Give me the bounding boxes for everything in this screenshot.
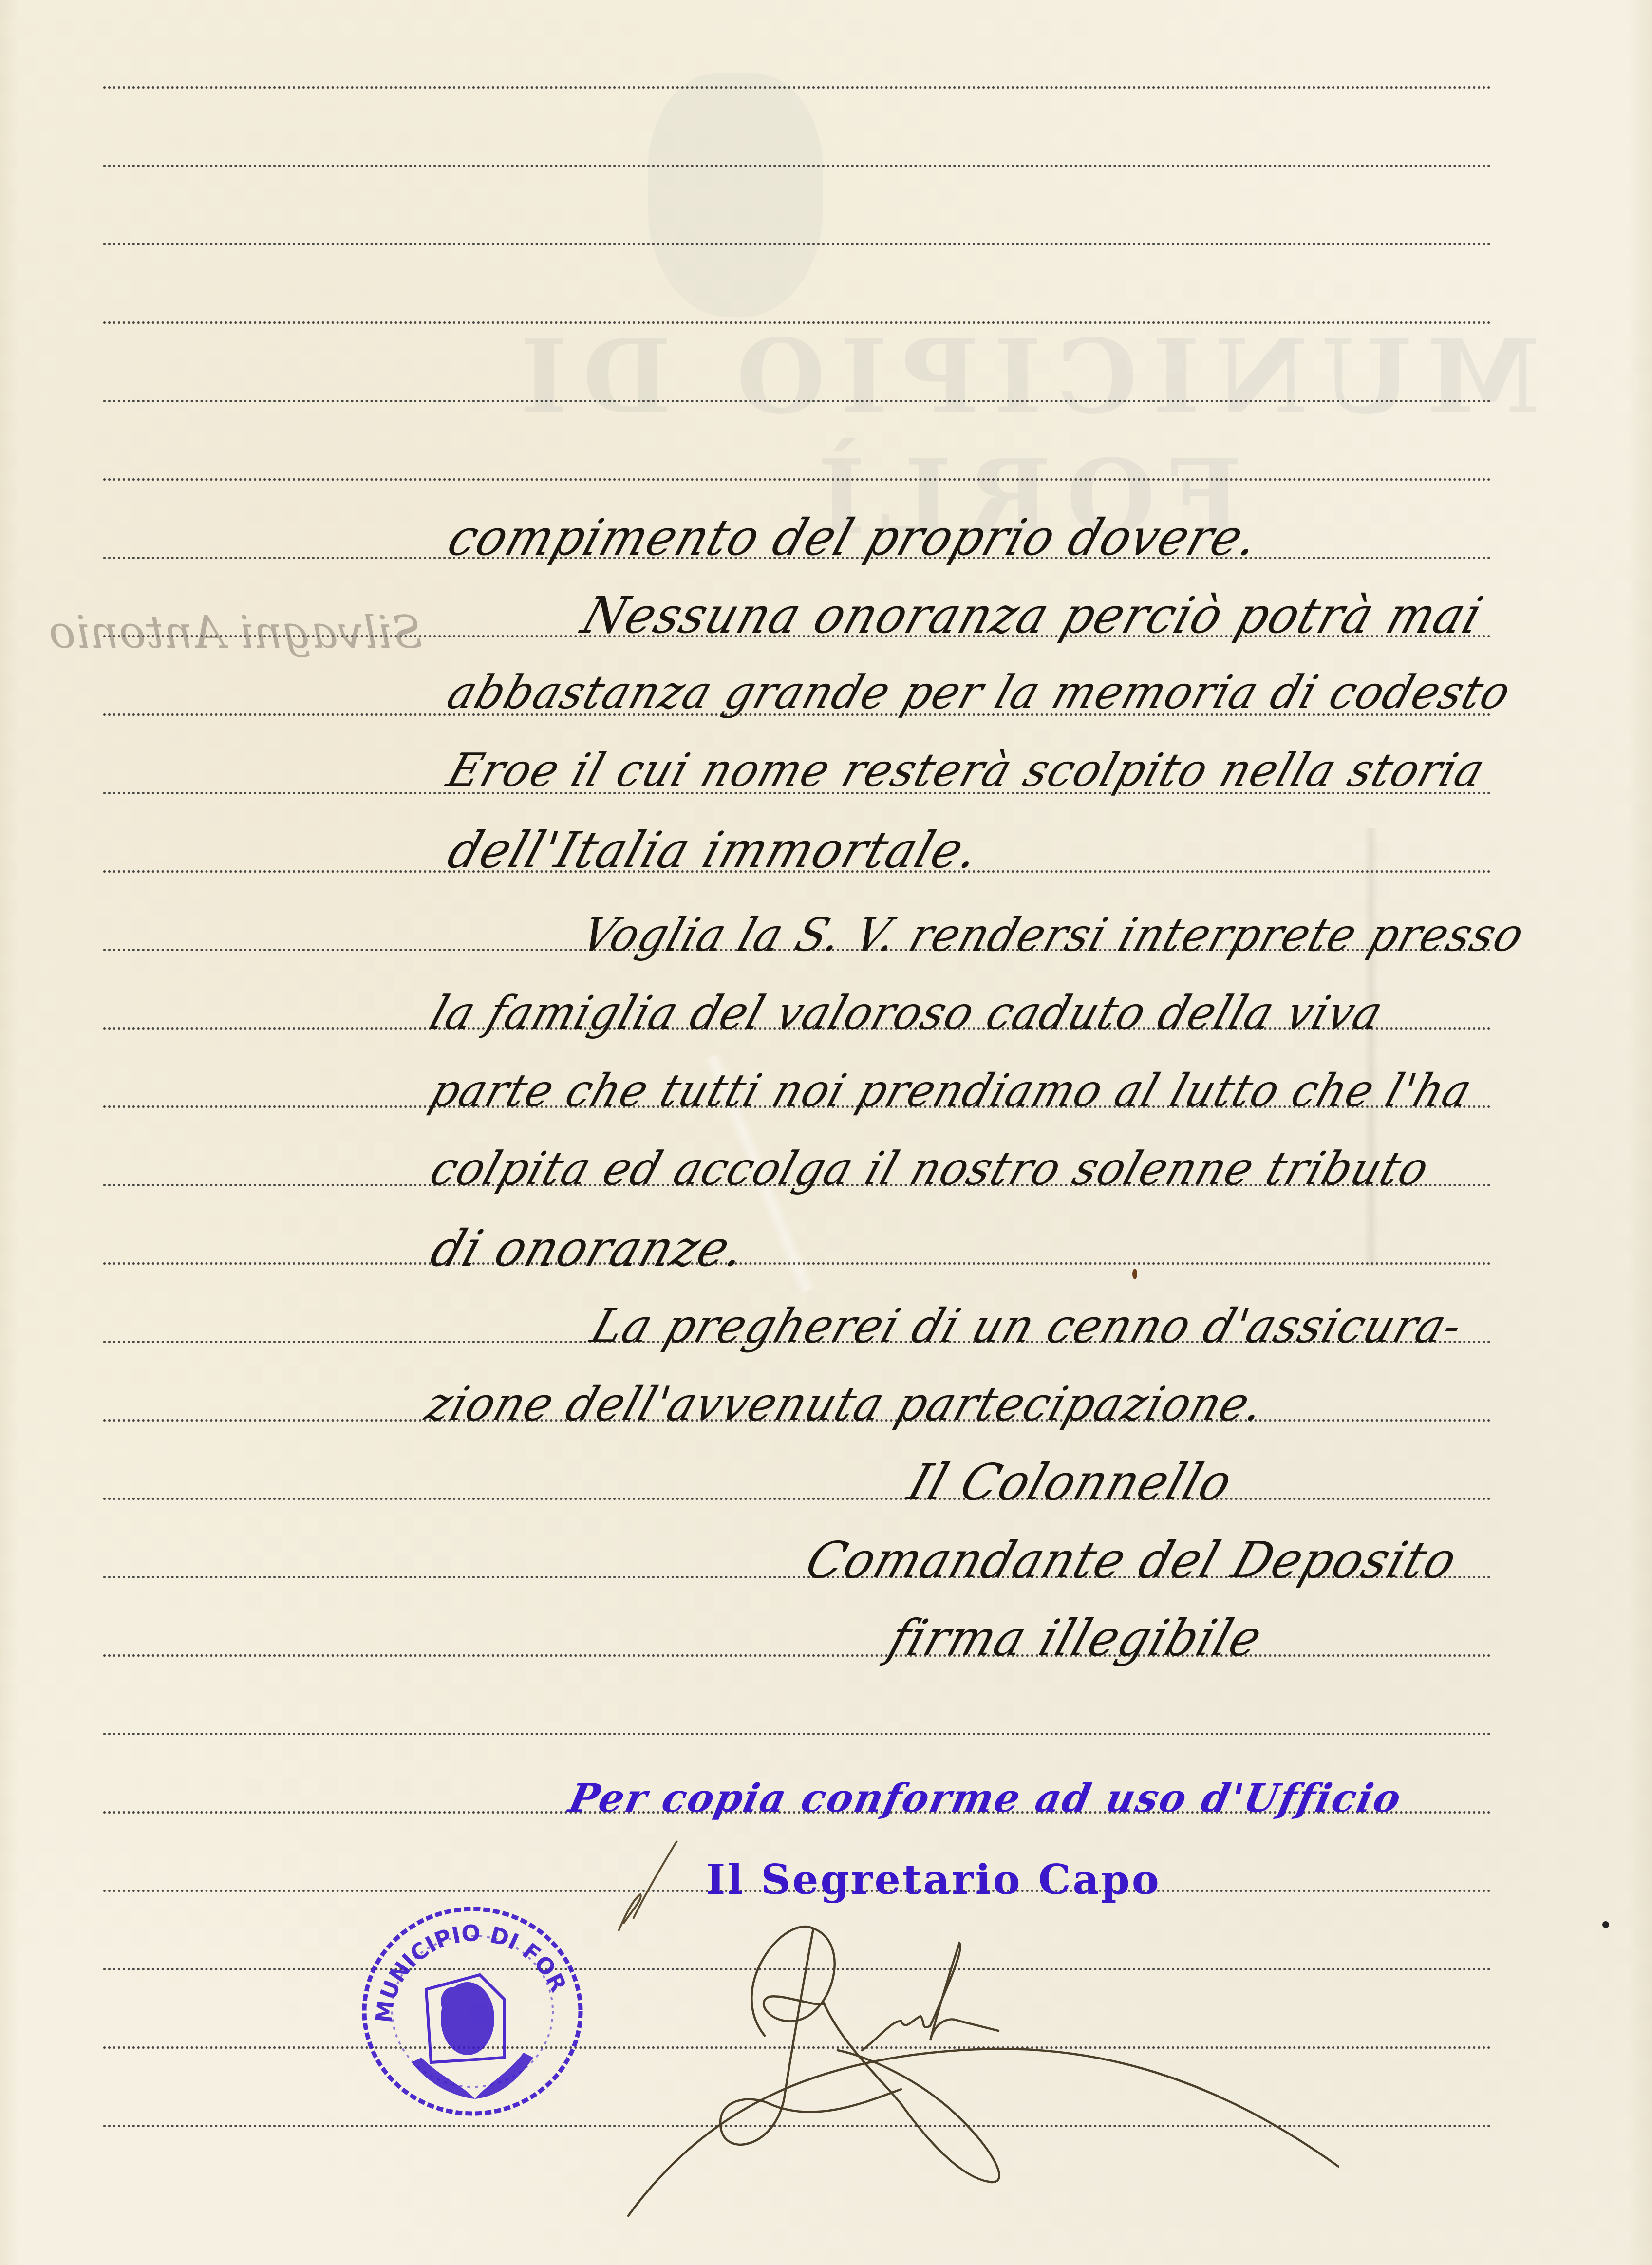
watermark-crest xyxy=(648,73,823,317)
ruled-line xyxy=(103,86,1491,89)
ruled-line xyxy=(103,1498,1491,1500)
municipal-seal-icon: MUNICIPIO DI FORLÌ xyxy=(358,1902,587,2121)
ruled-line xyxy=(103,1654,1491,1657)
ruled-line xyxy=(103,321,1491,324)
ruled-line xyxy=(103,1262,1491,1265)
body-line-2: Nessuna onoranza perciò potrà mai xyxy=(575,586,1490,645)
secretary-signature xyxy=(609,1875,1339,2226)
body-line-5: dell'Italia immortale. xyxy=(441,821,988,880)
ink-speck xyxy=(1602,1921,1609,1928)
ruled-line xyxy=(103,400,1491,402)
ruled-line xyxy=(103,478,1491,481)
ink-speck xyxy=(1132,1269,1137,1279)
body-line-7: la famiglia del valoroso caduto della vi… xyxy=(424,986,1390,1040)
certification-stamp-line1: Per copia conforme ad uso d'Ufficio xyxy=(565,1775,1406,1821)
body-line-11: La pregherei di un cenno d'assicura- xyxy=(584,1299,1470,1353)
body-line-10: di onoranze. xyxy=(424,1219,754,1278)
body-line-1: compimento del proprio dovere. xyxy=(441,508,1267,567)
paper-fold-crease xyxy=(1364,828,1378,1266)
body-line-4: Eroe il cui nome resterà scolpito nella … xyxy=(441,744,1492,797)
closing-title: Il Colonnello xyxy=(901,1453,1240,1512)
ruled-line xyxy=(103,165,1491,167)
ruled-line xyxy=(103,243,1491,245)
body-line-6: Voglia la S. V. rendersi interprete pres… xyxy=(575,908,1532,962)
closing-role: Comandante del Deposito xyxy=(799,1531,1465,1590)
body-line-8: parte che tutti noi prendiamo al lutto c… xyxy=(424,1064,1479,1117)
body-line-3: abbastanza grande per la memoria di code… xyxy=(441,666,1519,719)
ruled-line xyxy=(103,1733,1491,1735)
body-line-9: colpita ed accolga il nostro solenne tri… xyxy=(424,1142,1436,1196)
bleed-through-name: Silvagni Antonio xyxy=(49,606,423,658)
body-line-12: zione dell'avvenuta partecipazione. xyxy=(419,1377,1273,1431)
closing-signature-note: firma illegibile xyxy=(882,1609,1270,1667)
